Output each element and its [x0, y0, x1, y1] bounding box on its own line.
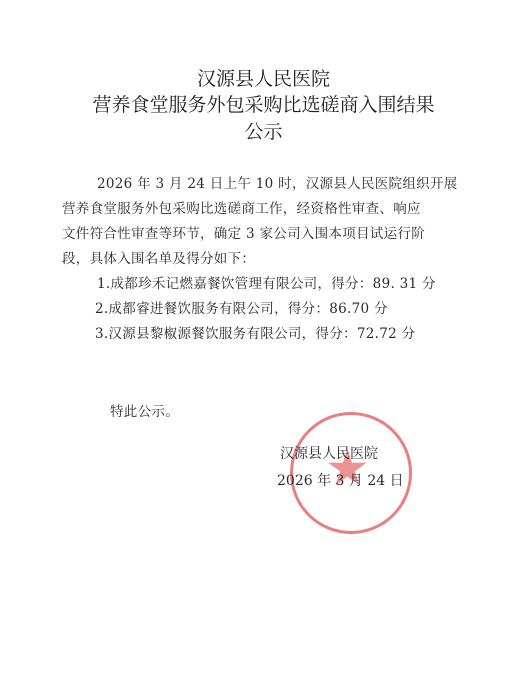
body-line-2: 营养食堂服务外包采购比选磋商工作，经资格性审查、响应	[62, 197, 421, 217]
signature-date: 2026 年 3 月 24 日	[277, 470, 404, 490]
closing-text: 特此公示。	[110, 400, 179, 420]
doc-title-main: 营养食堂服务外包采购比选磋商入围结果	[0, 90, 527, 117]
signature-org: 汉源县人民医院	[280, 443, 378, 463]
result-item-3: 3.汉源县黎椒源餐饮服务有限公司，得分：72.72 分	[95, 322, 415, 342]
doc-title-sub: 公示	[0, 117, 527, 144]
body-line-4: 段，具体入围名单及得分如下：	[62, 247, 255, 267]
result-item-2: 2.成都睿进餐饮服务有限公司，得分：86.70 分	[95, 297, 388, 317]
doc-title-org: 汉源县人民医院	[0, 64, 527, 91]
body-line-3: 文件符合性审查等环节，确定 3 家公司入围本项目试运行阶	[62, 222, 425, 242]
result-item-1: 1.成都珍禾记燃嘉餐饮管理有限公司，得分：89. 31 分	[97, 272, 436, 292]
body-line-1: 2026 年 3 月 24 日上午 10 时，汉源县人民医院组织开展	[97, 172, 458, 192]
